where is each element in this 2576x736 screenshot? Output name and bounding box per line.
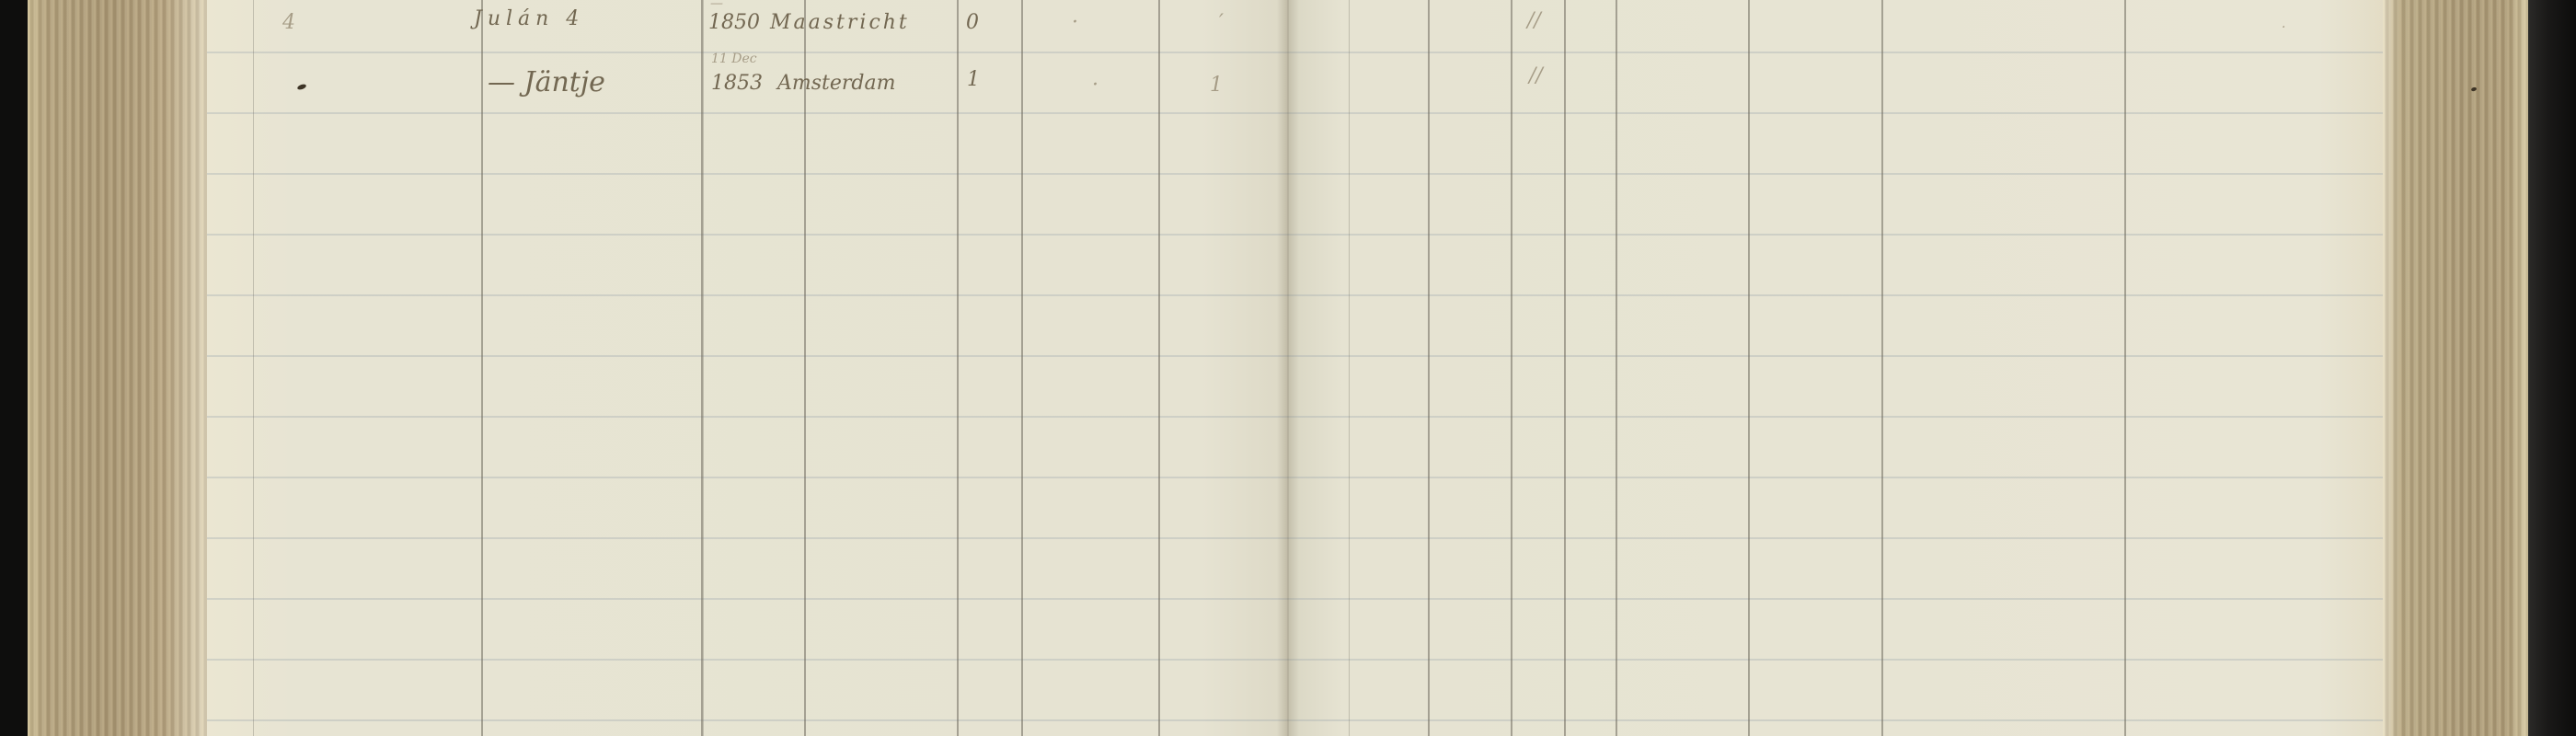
column-rule <box>253 0 254 736</box>
entry-col-b: · <box>1072 11 1078 34</box>
entry-year: 1850 <box>708 11 760 34</box>
entry-place: Maastricht <box>770 11 910 34</box>
ditto-mark: // <box>1529 64 1543 87</box>
ruled-lines <box>1288 0 2385 736</box>
column-rule <box>804 0 806 736</box>
left-page: 4 Julán 4 — 1850 Maastricht 0 · ′ — Jänt… <box>207 0 1288 736</box>
row-mark: 4 <box>282 11 295 34</box>
column-rule <box>2124 0 2126 736</box>
entry-col-c: 1 <box>1210 74 1223 97</box>
column-rule <box>481 0 483 736</box>
entry-name: — Jäntje <box>488 66 605 98</box>
book-gutter <box>1277 0 1299 736</box>
entry-name: Julán 4 <box>474 7 584 30</box>
entry-year: 1853 <box>711 72 763 95</box>
column-rule <box>1158 0 1160 736</box>
page-edges-right <box>2383 0 2530 736</box>
book-cover-left <box>0 0 29 736</box>
entry-col-a: 0 <box>966 11 979 34</box>
column-rule <box>1511 0 1512 736</box>
right-page: // // · <box>1288 0 2385 736</box>
column-rule <box>1564 0 1566 736</box>
ditto-mark: // <box>1527 9 1541 32</box>
column-rule <box>1428 0 1430 736</box>
entry-date-top: — <box>710 0 723 11</box>
entry-place: Amsterdam <box>777 72 895 95</box>
column-rule <box>703 0 704 736</box>
entry-col-a: 1 <box>967 68 980 91</box>
column-rule <box>1349 0 1350 736</box>
book-cover-right <box>2528 0 2576 736</box>
ruled-lines <box>207 0 1288 736</box>
entry-date-top: 11 Dec <box>711 52 757 66</box>
column-rule <box>1021 0 1023 736</box>
column-rule <box>1881 0 1883 736</box>
page-edges-left <box>28 0 212 736</box>
entry-col-b: · <box>1092 74 1098 97</box>
column-rule <box>1616 0 1617 736</box>
entry-col-c: ′ <box>1219 11 1224 34</box>
column-rule <box>1748 0 1750 736</box>
column-rule <box>957 0 959 736</box>
ledger-book-scan: 4 Julán 4 — 1850 Maastricht 0 · ′ — Jänt… <box>0 0 2576 736</box>
stray-mark: · <box>2282 20 2285 35</box>
